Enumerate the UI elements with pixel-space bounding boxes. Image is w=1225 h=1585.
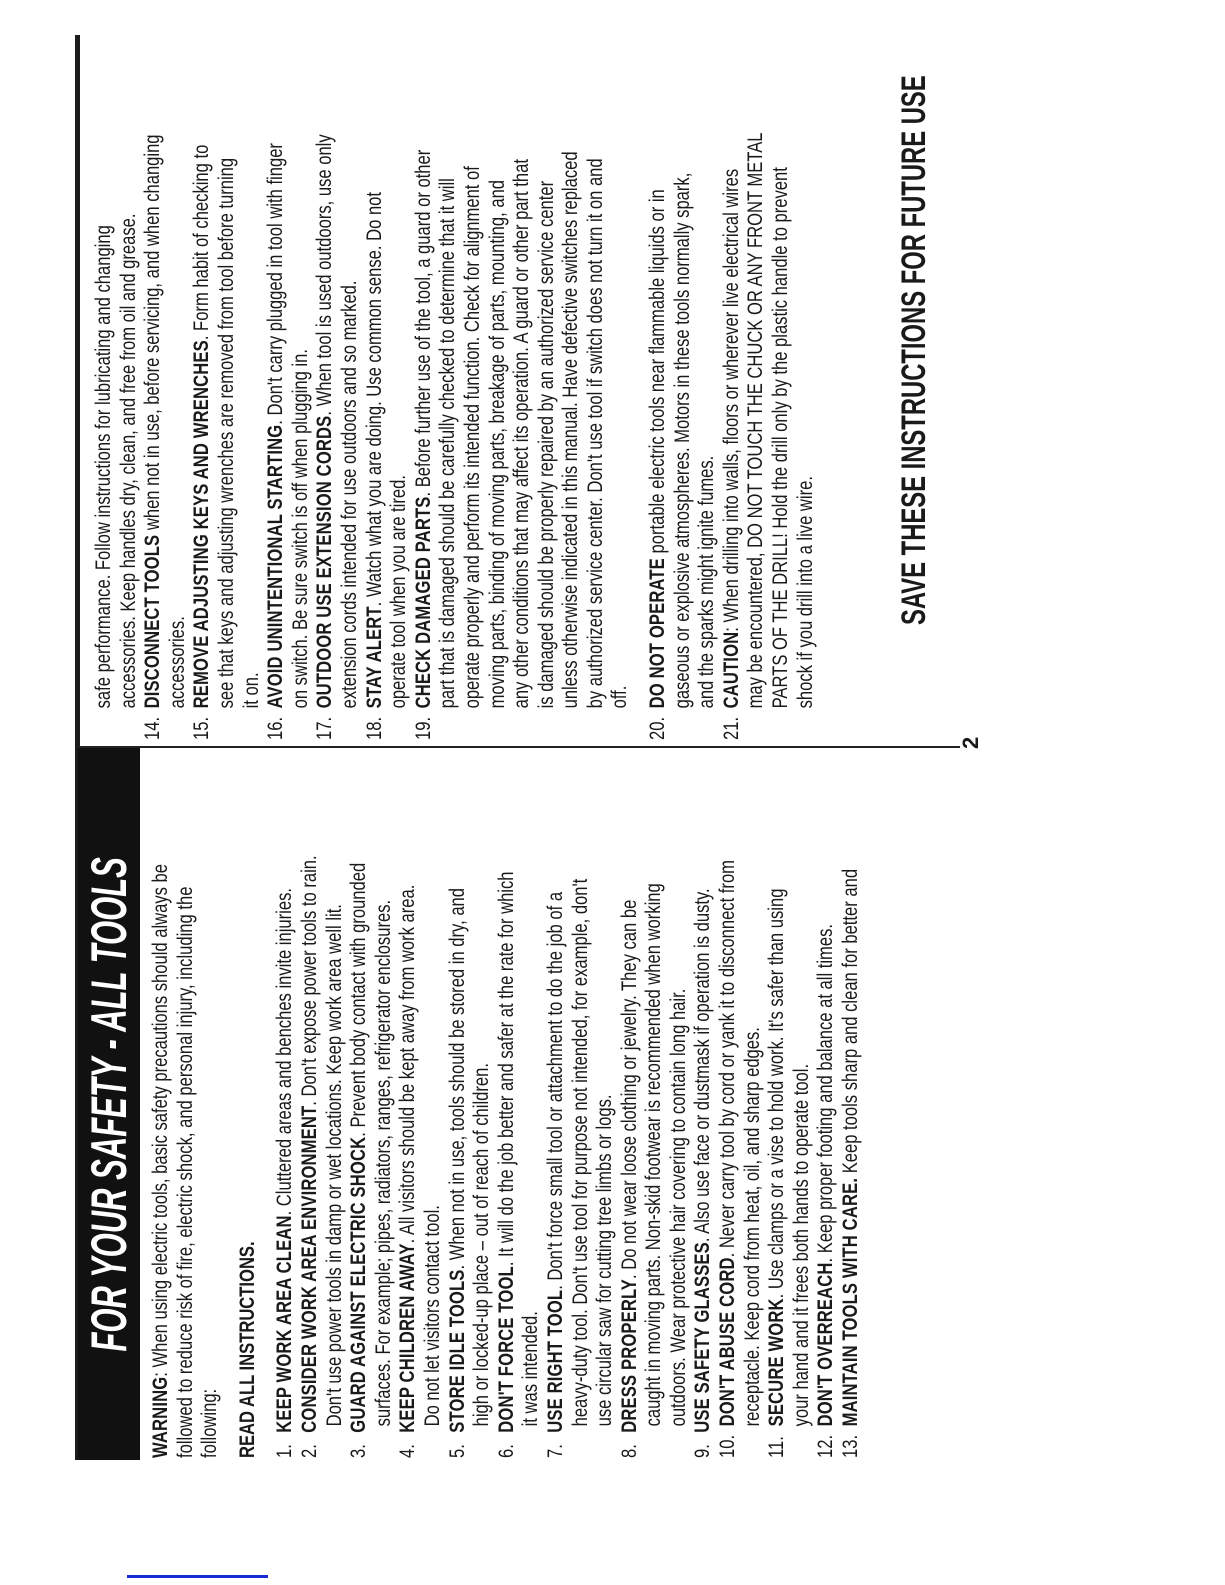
rule-item: 9.USE SAFETY GLASSES. Also use face or d… — [691, 905, 716, 1458]
rule-item: 14.DISCONNECT TOOLS when not in use, bef… — [141, 171, 166, 740]
scan-artifact-line — [127, 1575, 268, 1578]
rule-line: use circular saw for cutting tree limbs … — [593, 905, 618, 1458]
rule-line: moving parts, binding of moving parts, b… — [486, 171, 511, 740]
rule-item: 15.REMOVE ADJUSTING KEYS AND WRENCHES. F… — [190, 171, 215, 740]
right-column: safe performance. Follow instructions fo… — [92, 20, 818, 740]
rule-line: unless otherwise indicated in this manua… — [559, 171, 584, 740]
rule-line: it on. — [240, 171, 265, 740]
warning-line: following: — [198, 905, 223, 1458]
rule-line: operate properly and perform its intende… — [461, 171, 486, 740]
rule-item: 18.STAY ALERT. Watch what you are doing.… — [363, 171, 388, 740]
rule-item: 20.DO NOT OPERATE portable electric tool… — [646, 171, 671, 740]
rule-line: receptacle. Keep cord from heat, oil, an… — [741, 905, 766, 1458]
rule-item: 19.CHECK DAMAGED PARTS. Before further u… — [412, 171, 437, 740]
rule-line: operate tool when you are tired. — [387, 171, 412, 740]
rule-line: high or locked-up place – out of reach o… — [470, 905, 495, 1458]
rule-line: accessories. Keep handles dry, clean, an… — [117, 171, 142, 740]
rule-item: 5.STORE IDLE TOOLS. When not in use, too… — [446, 905, 471, 1458]
rule-item: 6.DON'T FORCE TOOL. It will do the job b… — [495, 905, 520, 1458]
left-column: WARNING: When using electric tools, basi… — [145, 758, 864, 1458]
page-title: FOR YOUR SAFETY - ALL TOOLS — [80, 857, 138, 1351]
rule-line: safe performance. Follow instructions fo… — [92, 171, 117, 740]
column-divider — [78, 747, 960, 749]
read-all-instructions: READ ALL INSTRUCTIONS. — [236, 905, 261, 1458]
rule-line: gaseous or explosive atmospheres. Motors… — [671, 171, 696, 740]
rule-item: 11.SECURE WORK. Use clamps or a vise to … — [765, 905, 790, 1458]
rule-line: Do not let visitors contact tool. — [421, 905, 446, 1458]
rule-line: extension cords intended for use outdoor… — [338, 171, 363, 740]
warning-line: followed to reduce risk of fire, electri… — [174, 905, 199, 1458]
rule-line: off. — [608, 171, 633, 740]
rule-item: 21.CAUTION: When drilling into walls, fl… — [720, 171, 745, 740]
rule-line: accessories. — [166, 171, 191, 740]
rule-item: 16.AVOID UNINTENTIONAL STARTING. Don't c… — [264, 171, 289, 740]
rule-item: 2.CONSIDER WORK AREA ENVIRONMENT. Don't … — [298, 905, 323, 1458]
warning-paragraph: WARNING: When using electric tools, basi… — [149, 905, 174, 1458]
rule-line: part that is damaged should be carefully… — [436, 171, 461, 740]
rule-line: caught in moving parts. Non-skid footwea… — [642, 905, 667, 1458]
page-number: 2 — [958, 737, 984, 749]
rule-item: 3.GUARD AGAINST ELECTRIC SHOCK. Prevent … — [347, 905, 372, 1458]
rule-item: 7.USE RIGHT TOOL. Don't force small tool… — [544, 905, 569, 1458]
rule-line: is damaged should be properly repaired b… — [535, 171, 560, 740]
rule-item: 17.OUTDOOR USE EXTENSION CORDS. When too… — [313, 171, 338, 740]
rule-line: it was intended. — [519, 905, 544, 1458]
title-banner: FOR YOUR SAFETY - ALL TOOLS — [78, 748, 140, 1460]
rule-line: heavy-duty tool. Don't use tool for purp… — [569, 905, 594, 1458]
rule-line: Don't use power tools in damp or wet loc… — [323, 905, 348, 1458]
rule-item: 8.DRESS PROPERLY. Do not wear loose clot… — [618, 905, 643, 1458]
rule-item: 12.DON'T OVERREACH. Keep proper footing … — [814, 905, 839, 1458]
rule-item: 13.MAINTAIN TOOLS WITH CARE. Keep tools … — [839, 905, 864, 1458]
rule-line: PARTS OF THE DRILL! Hold the drill only … — [769, 171, 794, 740]
rule-line: any other conditions that may affect its… — [510, 171, 535, 740]
rule-line: surfaces. For example; pipes, radiators,… — [372, 905, 397, 1458]
rule-line: outdoors. Wear protective hair covering … — [667, 905, 692, 1458]
rule-line: your hand and it frees both hands to ope… — [790, 905, 815, 1458]
rule-line: shock if you drill into a live wire. — [794, 171, 819, 740]
rule-line: by authorized service center. Don't use … — [584, 171, 609, 740]
rule-line: see that keys and adjusting wrenches are… — [215, 171, 240, 740]
rule-line: may be encountered, DO NOT TOUCH THE CHU… — [744, 171, 769, 740]
rule-line: on switch. Be sure switch is off when pl… — [289, 171, 314, 740]
manual-page: FOR YOUR SAFETY - ALL TOOLS WARNING: Whe… — [0, 0, 1225, 1585]
save-instructions-notice: SAVE THESE INSTRUCTIONS FOR FUTURE USE — [895, 75, 934, 625]
rule-item: 10.DON'T ABUSE CORD. Never carry tool by… — [716, 905, 741, 1458]
rule-line: and the sparks might ignite fumes. — [695, 171, 720, 740]
warning-label: WARNING — [149, 1377, 172, 1458]
rule-item: 1.KEEP WORK AREA CLEAN. Cluttered areas … — [273, 905, 298, 1458]
rule-item: 4.KEEP CHILDREN AWAY. All visitors shoul… — [396, 905, 421, 1458]
